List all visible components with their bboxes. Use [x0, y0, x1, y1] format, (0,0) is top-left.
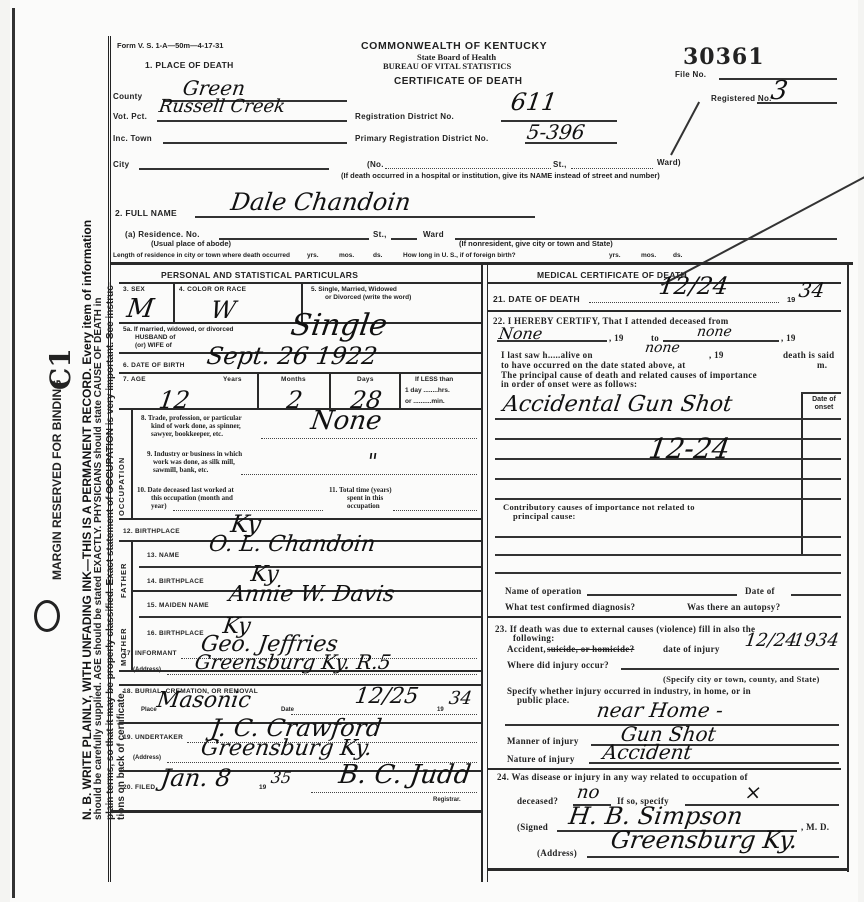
- age-label: 7. AGE: [123, 376, 146, 383]
- race-value[interactable]: W: [209, 296, 238, 324]
- occupation-related-label: 24. Was disease or injury in any way rel…: [497, 772, 748, 782]
- primary-reg-label: Primary Registration District No.: [355, 134, 489, 143]
- vot-pct-label: Vot. Pct.: [113, 112, 147, 121]
- cause-value[interactable]: Accidental Gun Shot: [501, 392, 734, 417]
- dob-label: 6. DATE OF BIRTH: [123, 362, 185, 369]
- punch-hole-icon: [34, 600, 60, 632]
- margin-line-1: N. B. WRITE PLAINLY, WITH UNFADING INK—T…: [80, 220, 94, 820]
- full-name-label: 2. FULL NAME: [115, 208, 177, 218]
- nature-value[interactable]: Accident: [601, 740, 693, 764]
- full-name-line: [195, 216, 535, 218]
- date-of-onset-label: Date of onset: [809, 396, 839, 412]
- marital-label-2: or Divorced (write the word): [325, 294, 411, 302]
- form-code: Form V. S. 1-A—50m—4-17-31: [117, 42, 223, 50]
- strike-line: [661, 162, 864, 286]
- registered-no-line: [757, 102, 837, 104]
- autopsy-label: Was there an autopsy?: [687, 602, 780, 612]
- test-label: What test confirmed diagnosis?: [505, 602, 635, 612]
- occupation-vertical-label: OCCUPATION: [117, 457, 126, 516]
- residence-ward-label: Ward: [423, 230, 444, 239]
- burial-place-value[interactable]: Masonic: [155, 688, 252, 713]
- years-label: Years: [223, 376, 242, 383]
- st-label: St.,: [553, 160, 567, 169]
- date-of-death-year-value[interactable]: 34: [797, 278, 826, 302]
- foreign-birth-label: How long in U. S., if of foreign birth?: [403, 252, 516, 260]
- place-of-death-label: 1. PLACE OF DEATH: [145, 60, 234, 70]
- state-title: COMMONWEALTH OF KENTUCKY: [361, 40, 547, 52]
- father-name-label: 13. NAME: [147, 552, 179, 559]
- county-label: County: [113, 92, 142, 101]
- board-title: State Board of Health: [417, 53, 496, 61]
- attended-to-value[interactable]: none: [696, 324, 733, 340]
- cause-value-2[interactable]: 12-24: [647, 432, 732, 465]
- specify-value[interactable]: near Home -: [595, 698, 724, 722]
- dob-value[interactable]: Sept. 26 1922: [205, 342, 379, 370]
- marital-value[interactable]: Single: [289, 308, 390, 343]
- days-label: Days: [357, 376, 374, 383]
- contributory-label-2: principal cause:: [513, 511, 576, 521]
- burial-year-value[interactable]: 34: [448, 688, 474, 709]
- industry-value[interactable]: ": [365, 450, 379, 475]
- no-label: (No.: [367, 160, 384, 169]
- undertaker-label: 19. UNDERTAKER: [123, 734, 183, 741]
- mother-vertical-label: MOTHER: [119, 628, 128, 667]
- date-of-death-label: 21. DATE OF DEATH: [493, 294, 580, 304]
- trade-value[interactable]: None: [309, 406, 384, 436]
- city-label: City: [113, 160, 129, 169]
- registrar-label: Registrar.: [433, 796, 461, 804]
- informant-label: 17. INFORMANT: [123, 650, 177, 657]
- reg-district-label: Registration District No.: [355, 112, 454, 121]
- strike-line: [670, 102, 700, 156]
- deceased-value[interactable]: no: [576, 782, 601, 803]
- right-border: [847, 262, 849, 872]
- full-name-value[interactable]: Dale Chandoin: [229, 188, 413, 216]
- manner-label: Manner of injury: [507, 736, 579, 746]
- physician-address-value[interactable]: Greensburg Ky.: [609, 826, 799, 854]
- primary-reg-line: [525, 142, 617, 144]
- vot-pct-line: [157, 120, 347, 122]
- less-than-label: If LESS than: [415, 376, 453, 384]
- sex-value[interactable]: M: [125, 294, 156, 324]
- cause-label-2: in order of onset were as follows:: [501, 379, 637, 389]
- residence-note: (Usual place of abode): [151, 240, 231, 248]
- spouse-label-3: (or) WIFE of: [135, 342, 172, 350]
- personal-heading: PERSONAL AND STATISTICAL PARTICULARS: [161, 270, 358, 280]
- months-label: Months: [281, 376, 306, 383]
- father-birthplace-label: 14. BIRTHPLACE: [147, 578, 204, 585]
- father-vertical-label: FATHER: [119, 563, 128, 598]
- burial-date-value[interactable]: 12/25: [353, 684, 420, 709]
- registrar-signature[interactable]: B. C. Judd: [337, 760, 473, 790]
- undertaker-address-value[interactable]: Greensburg Ky.: [199, 736, 373, 761]
- bureau-title: BUREAU OF VITAL STATISTICS: [383, 62, 511, 70]
- date-of-death-value[interactable]: 12/24: [657, 272, 730, 300]
- filed-year-value[interactable]: 35: [270, 768, 293, 787]
- inc-town-line: [163, 142, 347, 144]
- marital-label-1: 5. Single, Married, Widowed: [311, 286, 397, 294]
- mother-birthplace-label: 16. BIRTHPLACE: [147, 630, 204, 637]
- death-certificate-form: Form V. S. 1-A—50m—4-17-31 1. PLACE OF D…: [108, 36, 853, 882]
- left-border: [12, 8, 15, 898]
- informant-address-value[interactable]: Greensburg Ky. R.5: [193, 650, 392, 674]
- residence-label: (a) Residence. No.: [125, 230, 200, 239]
- spouse-label-2: HUSBAND of: [135, 334, 175, 342]
- accident-label: Accident,: [507, 644, 546, 654]
- length-residence-label: Length of residence in city or town wher…: [113, 252, 290, 260]
- primary-reg-value[interactable]: 5-396: [525, 120, 586, 144]
- date-injury-value[interactable]: 12/24: [744, 630, 799, 651]
- operation-label: Name of operation: [505, 586, 582, 596]
- vot-pct-value[interactable]: Russell Creek: [158, 96, 287, 117]
- margin-instructions: N. B. WRITE PLAINLY, WITH UNFADING INK—T…: [26, 40, 106, 880]
- binding-label: MARGIN RESERVED FOR BINDING: [50, 380, 64, 580]
- file-number-stamp: 30361: [683, 44, 765, 70]
- ward-label: Ward): [657, 158, 681, 167]
- residence-st-label: St.,: [373, 230, 387, 239]
- inc-town-label: Inc. Town: [113, 134, 152, 143]
- nonresident-note: (If nonresident, give city or town and S…: [459, 240, 613, 248]
- where-label: Where did injury occur?: [507, 660, 609, 670]
- city-line: [139, 168, 329, 170]
- column-divider: [481, 262, 483, 882]
- file-no-label: File No.: [675, 70, 706, 79]
- father-name-value[interactable]: O. L. Chandoin: [207, 532, 377, 557]
- certificate-title: CERTIFICATE OF DEATH: [394, 76, 523, 87]
- filed-label: 20. FILED: [123, 784, 155, 791]
- hospital-note: (If death occurred in a hospital or inst…: [341, 172, 660, 180]
- race-label: 4. COLOR OR RACE: [179, 286, 246, 293]
- mother-maiden-label: 15. MAIDEN NAME: [147, 602, 209, 609]
- nature-label: Nature of injury: [507, 754, 575, 764]
- sex-label: 3. SEX: [123, 286, 145, 293]
- last-saw-label: I last saw h.....alive on: [501, 350, 593, 360]
- filed-value[interactable]: Jan. 8: [159, 764, 233, 792]
- last-saw-value[interactable]: none: [644, 340, 681, 356]
- spouse-label-1: 5a. If married, widowed, or divorced: [123, 326, 234, 334]
- if-so-value[interactable]: ×: [743, 780, 763, 804]
- reg-district-value[interactable]: 611: [509, 88, 559, 116]
- margin-line-2: should be carefully supplied. AGE should…: [93, 298, 104, 820]
- binding-mark: C1: [44, 348, 77, 390]
- mother-maiden-value[interactable]: Annie W. Davis: [227, 582, 396, 607]
- date-injury-year[interactable]: 1934: [792, 630, 841, 651]
- birthplace-label: 12. BIRTHPLACE: [123, 528, 180, 535]
